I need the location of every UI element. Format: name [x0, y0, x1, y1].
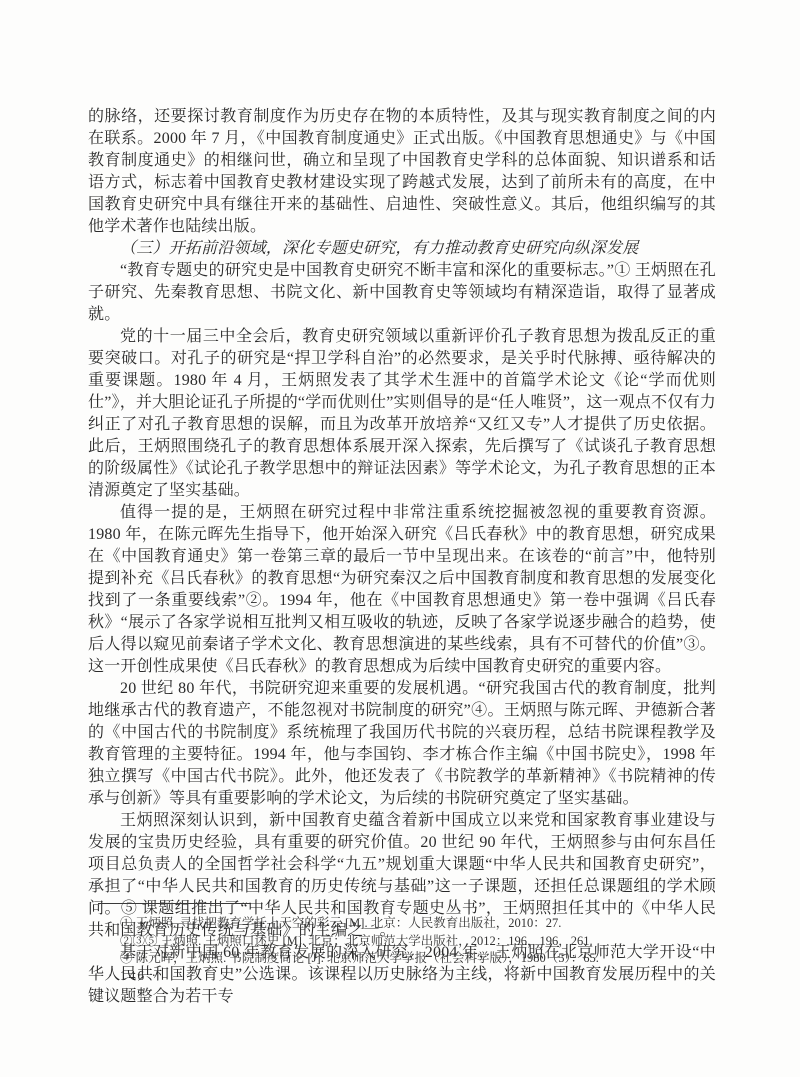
body-paragraph: 20 世纪 80 年代，书院研究迎来重要的发展机遇。“研究我国古代的教育制度，批… [88, 678, 716, 810]
continuation-paragraph: 的脉络，还要探讨教育制度作为历史存在物的本质特性，及其与现实教育制度之间的内在联… [88, 106, 716, 238]
body-paragraph: 党的十一届三中全会后，教育史研究领域以重新评价孔子教育思想为拨乱反正的重要突破口… [88, 326, 716, 502]
footnotes-block: ① 王炳照. 寻找把教育学托上天空的彩云 [M]. 北京：人民教育出版社，201… [88, 915, 720, 968]
section-heading: （三）开拓前沿领域，深化专题史研究，有力推动教育史研究向纵深发展 [88, 238, 716, 260]
footnote-divider [98, 903, 251, 904]
footnote: ④ 陈元晖，王炳照. 书院制度简论 [J]. 北京师范大学学报（社会科学版），1… [88, 950, 720, 968]
body-paragraph: “教育专题史的研究史是中国教育史研究不断丰富和深化的重要标志。”① 王炳照在孔子… [88, 260, 716, 326]
page-body-text: 的脉络，还要探讨教育制度作为历史存在物的本质特性，及其与现实教育制度之间的内在联… [88, 106, 716, 1008]
footnote: ① 王炳照. 寻找把教育学托上天空的彩云 [M]. 北京：人民教育出版社，201… [88, 915, 720, 933]
body-paragraph: 值得一提的是，王炳照在研究过程中非常注重系统挖掘被忽视的重要教育资源。1980 … [88, 502, 716, 678]
page-number: · 146 · [108, 968, 158, 984]
footnote: ②③⑤ 王炳照. 王炳照口述史 [M]. 北京：北京师范大学出版社，2012：1… [88, 933, 720, 951]
document-page: 的脉络，还要探讨教育制度作为历史存在物的本质特性，及其与现实教育制度之间的内在联… [0, 0, 800, 1077]
